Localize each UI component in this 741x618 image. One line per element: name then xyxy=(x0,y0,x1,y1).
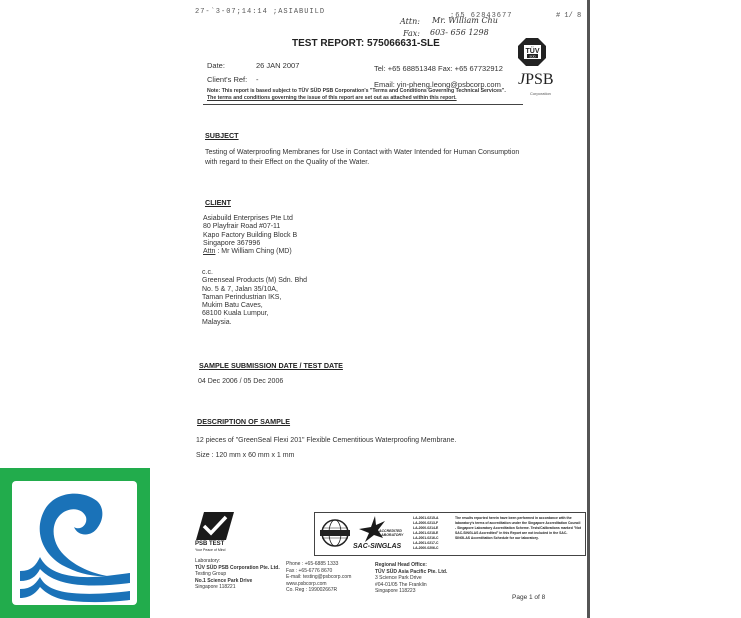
handwritten-attn: Mr. William Chu xyxy=(432,16,498,25)
tel-fax: Tel: +65 68851348 Fax: +65 67732912 xyxy=(374,64,503,73)
handwritten-attn-label: Attn: xyxy=(400,17,420,26)
divider xyxy=(203,104,523,105)
accreditation-statement: The results reported herein have been pe… xyxy=(455,516,581,541)
psb-logo: JPSB xyxy=(518,71,554,89)
sample-dates-value: 04 Dec 2006 / 05 Dec 2006 xyxy=(198,377,283,387)
date-value: 26 JAN 2007 xyxy=(256,61,299,70)
singlas-globe-icon xyxy=(320,518,350,548)
handwritten-fax-label: Fax: xyxy=(403,29,420,38)
accredited-label: ACCREDITED LABORATORY xyxy=(379,529,407,537)
wave-logo xyxy=(12,481,137,605)
description-heading: DESCRIPTION OF SAMPLE xyxy=(197,417,290,426)
sample-dates-heading: SAMPLE SUBMISSION DATE / TEST DATE xyxy=(199,361,343,370)
regional-office: Regional Head Office: TÜV SÜD Asia Pacif… xyxy=(375,562,447,595)
subject-heading: SUBJECT xyxy=(205,131,239,140)
accreditation-box: ACCREDITED LABORATORY SAC-SINGLAS LA-200… xyxy=(314,512,586,556)
fax-header: 27-`3-07;14:14 ;ASIABUILD xyxy=(195,8,325,16)
fax-page: # 1/ 8 xyxy=(556,12,581,20)
subject-text: Testing of Waterproofing Membranes for U… xyxy=(205,148,535,167)
psb-test-tagline: Your Peace of Mind xyxy=(195,548,225,552)
description-line2: Size : 120 mm x 60 mm x 1 mm xyxy=(196,451,294,461)
client-ref-value: - xyxy=(256,75,259,84)
date-label: Date: xyxy=(207,61,225,70)
client-ref-label: Client's Ref: xyxy=(207,75,247,84)
cc-address: c.c. Greenseal Products (M) Sdn. Bhd No.… xyxy=(202,269,307,327)
client-heading: CLIENT xyxy=(205,198,231,207)
report-title: TEST REPORT: 575066631-SLE xyxy=(292,38,440,49)
client-address: Asiabuild Enterprises Pte Ltd 80 Playfra… xyxy=(203,215,297,256)
handwritten-fax: 603- 656 1298 xyxy=(430,28,489,37)
page-edge xyxy=(587,0,590,618)
tuv-logo: TÜV SÜD xyxy=(517,37,547,67)
psb-logo-sub: Corporation xyxy=(530,91,551,96)
svg-text:SÜD: SÜD xyxy=(529,55,536,59)
description-line1: 12 pieces of "GreenSeal Flexi 201" Flexi… xyxy=(196,436,456,446)
laboratory-address: Laboratory: TÜV SÜD PSB Corporation Pte.… xyxy=(195,558,280,591)
sac-singlas-label: SAC-SINGLAS xyxy=(353,543,401,550)
wave-icon xyxy=(12,481,137,605)
psb-test-check-icon xyxy=(196,512,234,540)
contact-info: Phone : +65-6885 1333 Fax : +65-6776 867… xyxy=(286,561,351,594)
note: Note: This report is based subject to TÜ… xyxy=(207,88,527,102)
page-number: Page 1 of 8 xyxy=(512,594,545,601)
psb-test-label: PSB TEST xyxy=(195,541,224,547)
accreditation-codes: LA-2001-0215-A LA-2000-0213-F LA-2000-02… xyxy=(413,516,438,551)
